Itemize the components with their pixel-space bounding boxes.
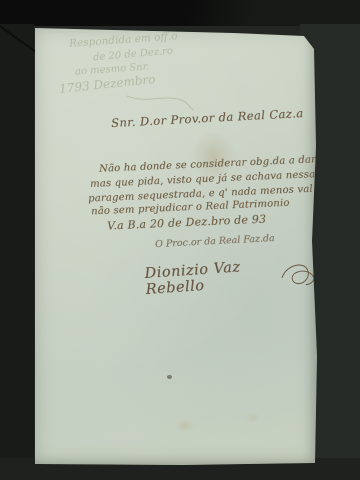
foxing-stain	[245, 412, 261, 423]
signature: Dionizio Vaz Rebello	[144, 257, 279, 298]
photograph-of-letter: Respondida em off.o de 20 de Dez.ro ao m…	[0, 0, 360, 480]
signature-rubric-flourish	[279, 256, 318, 292]
foxing-stain	[175, 419, 195, 432]
annotation-flourish	[125, 90, 195, 112]
mount-top-band	[0, 0, 360, 26]
letter-page: Respondida em off.o de 20 de Dez.ro ao m…	[33, 26, 317, 466]
dark-speck	[167, 375, 172, 379]
mount-left-band	[0, 24, 34, 464]
